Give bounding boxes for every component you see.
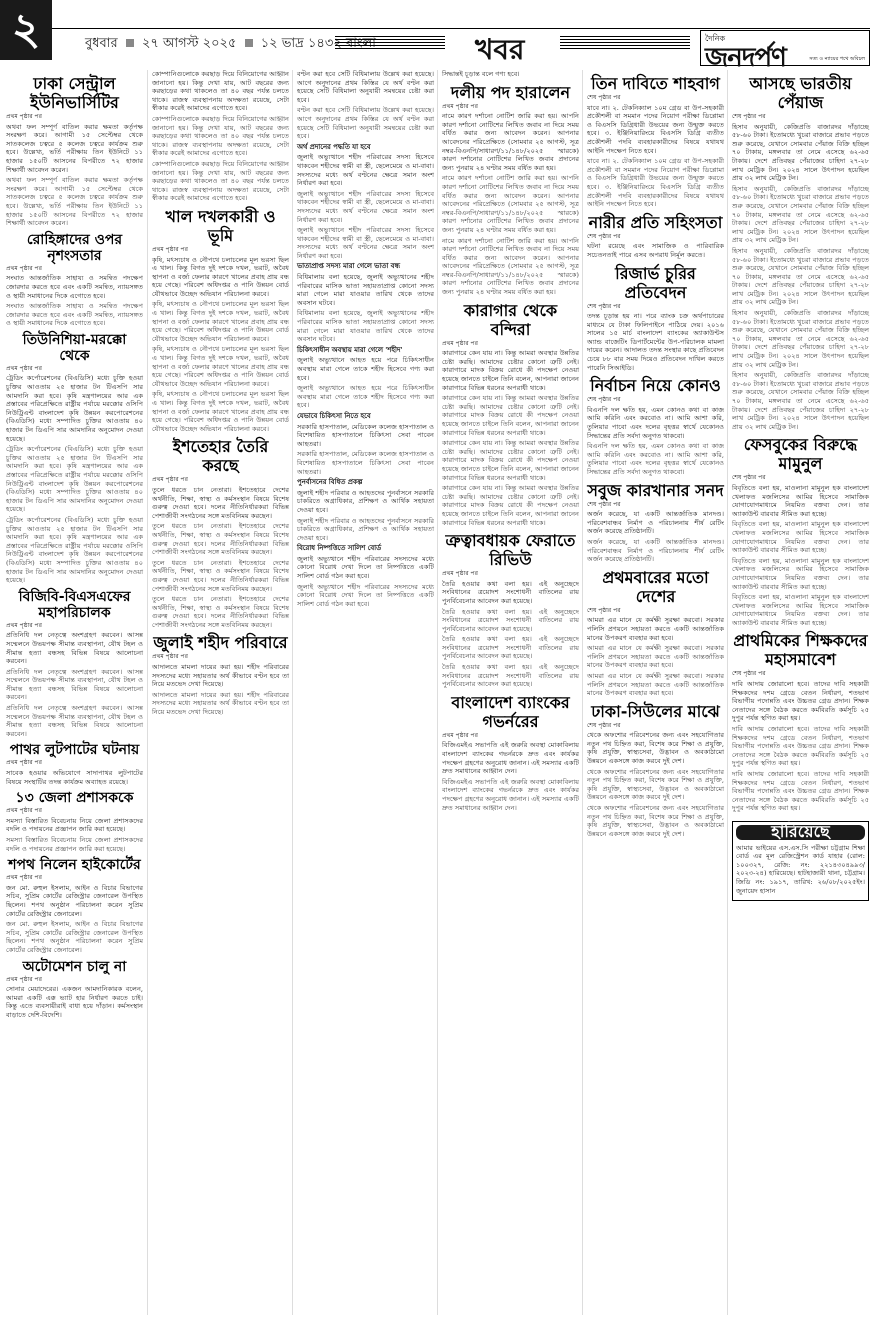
article[interactable]: রিজার্ভ চুরির প্রতিবেদন শেষ পৃষ্ঠার পর ত… bbox=[587, 264, 724, 373]
headline[interactable]: কারাগার থেকে বন্দিরা bbox=[442, 301, 579, 339]
article-body: জুলাই শহীদ পরিবার ও আহতদের পুনর্বাসনে সর… bbox=[297, 489, 434, 515]
headline[interactable]: অটোমেশন চালু না bbox=[6, 959, 143, 975]
article-body: কৃষি, মৎস্যচাষ ও নৌপথে চলাচলের মূল ভরসা … bbox=[152, 256, 289, 299]
article-body: অর্জন করেছে, যা একটি আন্তর্জাতিক মানদণ্ড… bbox=[587, 510, 724, 536]
article-body-continued: প্রতিনিধি দল নেতৃত্বে অংশগ্রহণ করবেন। আস… bbox=[6, 704, 143, 738]
jump-line: শেষ পৃষ্ঠার পর bbox=[587, 233, 724, 242]
article-body: জুলাই অভ্যুত্থানে শহীদ পরিবারের সদস্যদের… bbox=[297, 555, 434, 581]
article[interactable]: নির্বাচন নিয়ে কোনও শেষ পৃষ্ঠার পর বিএনপ… bbox=[587, 376, 724, 476]
article-body-continued: অর্জন করেছে, যা একটি আন্তর্জাতিক মানদণ্ড… bbox=[587, 538, 724, 564]
article[interactable]: জুলাই শহীদ পরিবারে প্রথম পৃষ্ঠার পর আদাল… bbox=[152, 633, 289, 716]
article[interactable]: তিন দাবিতে শাহবাগ শেষ পৃষ্ঠার পর যাবে না… bbox=[587, 74, 724, 209]
jump-line: শেষ পৃষ্ঠার পর bbox=[732, 113, 869, 122]
column-1: ঢাকা সেন্ট্রাল ইউনিভার্সিটির প্রথম পৃষ্ঠ… bbox=[6, 70, 143, 1022]
headline[interactable]: নারীর প্রতি সহিংসতা bbox=[587, 213, 724, 232]
article-body-continued: তৈরি হওয়ার কথা বলা হয়। এই অনুচ্ছেদে সং… bbox=[442, 608, 579, 634]
column-3: বণ্টন করা হবে সেটি বিধিমালায় উল্লেখ করা… bbox=[297, 70, 434, 610]
article-body-continued: তুলে ধরতে চান নেতারা। ইশতেহারে দেশের অর্… bbox=[152, 559, 289, 593]
article-body: বিধিমালায় বলা হয়েছে, জুলাই অভ্যুত্থানে… bbox=[297, 273, 434, 307]
article-body-continued: নামে কারণ দর্শানো নোটিশ জারি করা হয়। আপ… bbox=[442, 237, 579, 297]
headline[interactable]: ১৩ জেলা প্রশাসককে bbox=[6, 790, 143, 806]
article-body-continued: জুলাই অভ্যুত্থানে শহীদ পরিবারের সদস্য হি… bbox=[297, 226, 434, 260]
article-body-continued: নামে কারণ দর্শানো নোটিশ জারি করা হয়। আপ… bbox=[442, 174, 579, 234]
jump-line: প্রথম পৃষ্ঠার পর bbox=[6, 622, 143, 631]
article[interactable]: ইশতেহার তৈরি করছে প্রথম পৃষ্ঠার পর তুলে … bbox=[152, 437, 289, 629]
headline[interactable]: ত্রুত্বাবধায়ক ফেরাতে রিভিউ bbox=[442, 531, 579, 569]
jump-line: শেষ পৃষ্ঠার পর bbox=[587, 722, 724, 731]
article-body-continued: অথবা ফল সম্পূর্ণ বাতিল করার ক্ষমতা কর্তৃ… bbox=[6, 176, 143, 228]
article-body: তুলে ধরতে চান নেতারা। ইশতেহারে দেশের অর্… bbox=[152, 486, 289, 520]
headline[interactable]: পাথর লুটপাটের ঘটনায় bbox=[6, 742, 143, 758]
article-body-continued: দাবি আদায় জোরালো হবে। তাদের দাবি সহকারী… bbox=[732, 725, 869, 768]
article-body-continued: জুলাই অভ্যুত্থানে শহীদ পরিবারের সদস্যদের… bbox=[297, 583, 434, 609]
article-body-continued: আমরা এর মানে যে কর্মক্ষী সুরক্ষা করবো। স… bbox=[587, 644, 724, 670]
article-body: বিজিএমইএ সভাপতি এই জরুরি অবস্থা মোকাবিলা… bbox=[442, 741, 579, 775]
article-body: তদন্ত চূড়ান্ত হয় না। পরে ব্যাংক চক্র অ… bbox=[587, 312, 724, 372]
article-body: কোম্পানিগুলোকে করছাড় দিয়ে বিনিয়োগের আ… bbox=[152, 70, 289, 113]
jump-line: প্রথম পৃষ্ঠার পর bbox=[6, 365, 143, 374]
article-body-continued: বিবৃতিতে বলা হয়, মাওলানা মামুনুল হক বাং… bbox=[732, 593, 869, 627]
article-body: বণ্টন করা হবে সেটি বিধিমালায় উল্লেখ করা… bbox=[297, 70, 434, 104]
article-body-continued: কোম্পানিগুলোকে করছাড় দিয়ে বিনিয়োগের আ… bbox=[152, 160, 289, 203]
headline[interactable]: সবুজ কারখানার সনদ bbox=[587, 481, 724, 500]
article-body: আদালতে মামলা দায়ের করা হয়। শহীদ পরিবার… bbox=[152, 663, 289, 689]
article-body: নামে কারণ দর্শানো নোটিশ জারি করা হয়। আপ… bbox=[442, 112, 579, 172]
article-body: সংঘাত আন্তর্জাতিক সাহায্য ও সমন্বিত পদক্… bbox=[6, 274, 143, 300]
article-body-continued: ট্রেডিং কর্পোরেশনের (বিএডিসি) মধ্যে চুক্… bbox=[6, 445, 143, 514]
article-body-continued: থেকে অফশোর পরিবেশনের জন্য এবং সহযোগিতার … bbox=[587, 768, 724, 802]
classified-text: আমার ভাইয়ের এস.এস.সি পরীক্ষা চট্টগ্রাম … bbox=[736, 844, 865, 896]
article-body: হিসাব অনুযায়ী, কেজিপ্রতি বাজারদর দাঁড়া… bbox=[732, 123, 869, 183]
headline[interactable]: তিউনিশিয়া-মরক্কো থেকে bbox=[6, 332, 143, 364]
jump-line: প্রথম পৃষ্ঠার পর bbox=[6, 265, 143, 274]
headline[interactable]: ঢাকা সেন্ট্রাল ইউনিভার্সিটির bbox=[6, 74, 143, 112]
weekday: বুধবার bbox=[85, 36, 118, 51]
newspaper-logo[interactable]: দৈনিক জনদর্পণ সত্য ও ন্যায়ের পথে অবিচল bbox=[700, 30, 870, 66]
headline[interactable]: রিজার্ভ চুরির প্রতিবেদন bbox=[587, 264, 724, 302]
separator-square-icon bbox=[245, 39, 253, 47]
article-body: ঘটনা রয়েছে এবং সামাজিক ও পারিবারিক সচেত… bbox=[587, 242, 724, 259]
jump-line: প্রথম পৃষ্ঠার পর bbox=[442, 732, 579, 741]
column-5: তিন দাবিতে শাহবাগ শেষ পৃষ্ঠার পর যাবে না… bbox=[587, 70, 724, 840]
article-body: তৈরি হওয়ার কথা বলা হয়। এই অনুচ্ছেদে সং… bbox=[442, 580, 579, 606]
article-body-continued: জুলাই অভ্যুত্থানে আহত হয়ে পরে চিকিৎসাধী… bbox=[297, 384, 434, 410]
jump-line: প্রথম পৃষ্ঠার পর bbox=[6, 874, 143, 883]
article-body-continued: প্রতিনিধি দল নেতৃত্বে অংশগ্রহণ করবেন। আস… bbox=[6, 668, 143, 702]
article[interactable]: ১৩ জেলা প্রশাসককে প্রথম পৃষ্ঠার পর সমস্য… bbox=[6, 790, 143, 853]
jump-line: প্রথম পৃষ্ঠার পর bbox=[6, 807, 143, 816]
article[interactable]: দলীয় পদ হারালেন প্রথম পৃষ্ঠার পর নামে ক… bbox=[442, 83, 579, 297]
article[interactable]: অটোমেশন চালু না প্রথম পৃষ্ঠার পর সোনার ম… bbox=[6, 959, 143, 1020]
article-body: সোনার মেয়াদেরের। একজন আমদানিকারক বলেন, … bbox=[6, 985, 143, 1019]
page-number: ২ bbox=[0, 0, 52, 60]
column-divider bbox=[292, 70, 293, 1315]
article-body: অথবা ফল সম্পূর্ণ বাতিল করার ক্ষমতা কর্তৃ… bbox=[6, 123, 143, 175]
headline[interactable]: শপথ নিলেন হাইকোর্টের bbox=[6, 857, 143, 873]
article-body-continued: বিএনপি দল ক্ষতি হয়, এমন কোনও কথা বা কাজ… bbox=[587, 442, 724, 476]
article[interactable]: প্রথমবারের মতো দেশের শেষ পৃষ্ঠার পর আমরা… bbox=[587, 568, 724, 698]
article-body-continued: কারাগারে কেন যায় না। কিন্তু আমরা অবস্থা… bbox=[442, 394, 579, 437]
article-body: দাবি আদায় জোরালো হবে। তাদের দাবি সহকারী… bbox=[732, 680, 869, 723]
headline[interactable]: ঢাকা-সিউলের মাঝে bbox=[587, 702, 724, 721]
article-body-continued: বিজিএমইএ সভাপতি এই জরুরি অবস্থা মোকাবিলা… bbox=[442, 778, 579, 812]
article[interactable]: প্রাথমিকের শিক্ষকদের মহাসমাবেশ শেষ পৃষ্ঠ… bbox=[732, 631, 869, 813]
article-body: সরকারি হাসপাতাল, মেডিকেল কলেজ হাসপাতাল ও… bbox=[297, 423, 434, 449]
article[interactable]: আসছে ভারতীয় পেঁয়াজ শেষ পৃষ্ঠার পর হিসা… bbox=[732, 74, 869, 431]
article-body: বিএনপি দল ক্ষতি হয়, এমন কোনও কথা বা কাজ… bbox=[587, 406, 724, 440]
subheading: চিকিৎসাধীন অবস্থায় মারা গেলে 'শহীদ' bbox=[297, 346, 434, 355]
article[interactable]: তিউনিশিয়া-মরক্কো থেকে প্রথম পৃষ্ঠার পর … bbox=[6, 332, 143, 585]
article-body: থেকে অফশোর পরিবেশনের জন্য এবং সহযোগিতার … bbox=[587, 731, 724, 765]
article-body-continued: আদালতে মামলা দায়ের করা হয়। শহীদ পরিবার… bbox=[152, 691, 289, 717]
article-body-continued: কারাগারে কেন যায় না। কিন্তু আমরা অবস্থা… bbox=[442, 484, 579, 527]
headline[interactable]: প্রথমবারের মতো দেশের bbox=[587, 568, 724, 606]
article[interactable]: ঢাকা-সিউলের মাঝে শেষ পৃষ্ঠার পর থেকে অফশ… bbox=[587, 702, 724, 839]
jump-line: শেষ পৃষ্ঠার পর bbox=[587, 501, 724, 510]
article-body-continued: বিধিমালায় বলা হয়েছে, জুলাই অভ্যুত্থানে… bbox=[297, 309, 434, 343]
subheading: যেভাবে চিকিৎসা নিতে হবে bbox=[297, 412, 434, 421]
classified-title: হারিয়েছে bbox=[736, 825, 865, 840]
subheading: অর্থ প্রদানের পদ্ধতি যা হবে bbox=[297, 143, 434, 152]
column-4: সিদ্ধান্তই চূড়ান্ত বলে গণ্য হবে। দলীয় … bbox=[442, 70, 579, 814]
article-body-continued: সংঘাত আন্তর্জাতিক সাহায্য ও সমন্বিত পদক্… bbox=[6, 302, 143, 328]
article-body-continued: হিসাব অনুযায়ী, কেজিপ্রতি বাজারদর দাঁড়া… bbox=[732, 309, 869, 369]
article-body: সিদ্ধান্তই চূড়ান্ত বলে গণ্য হবে। bbox=[442, 70, 579, 79]
subheading: বিরোধ নিষ্পত্তিতে সালিশ বোর্ড bbox=[297, 544, 434, 553]
article-body-continued: থেকে অফশোর পরিবেশনের জন্য এবং সহযোগিতার … bbox=[587, 804, 724, 838]
article-body-continued: তুলে ধরতে চান নেতারা। ইশতেহারে দেশের অর্… bbox=[152, 595, 289, 629]
article-body-continued: তৈরি হওয়ার কথা বলা হয়। এই অনুচ্ছেদে সং… bbox=[442, 663, 579, 689]
article-body-continued: দাবি আদায় জোরালো হবে। তাদের দাবি সহকারী… bbox=[732, 770, 869, 813]
article-body-continued: বণ্টন করা হবে সেটি বিধিমালায় উল্লেখ করা… bbox=[297, 106, 434, 140]
headline[interactable]: প্রাথমিকের শিক্ষকদের মহাসমাবেশ bbox=[732, 631, 869, 669]
article-body-continued: জন মো. রুহুল ইসলাম, আইন ও বিচার বিভাগের … bbox=[6, 920, 143, 954]
article-body: ট্রেডিং কর্পোরেশনের (বিএডিসি) মধ্যে চুক্… bbox=[6, 374, 143, 443]
article[interactable]: কোম্পানিগুলোকে করছাড় দিয়ে বিনিয়োগের আ… bbox=[152, 70, 289, 203]
jump-line: শেষ পৃষ্ঠার পর bbox=[587, 396, 724, 405]
article-body-continued: কোম্পানিগুলোকে করছাড় দিয়ে বিনিয়োগের আ… bbox=[152, 115, 289, 158]
column-6: আসছে ভারতীয় পেঁয়াজ শেষ পৃষ্ঠার পর হিসা… bbox=[732, 70, 869, 901]
column-divider bbox=[147, 70, 148, 1315]
article-body-continued: বিবৃতিতে বলা হয়, মাওলানা মামুনুল হক বাং… bbox=[732, 520, 869, 554]
article-body: প্রতিনিধি দল নেতৃত্বে অংশগ্রহণ করবেন। আস… bbox=[6, 631, 143, 665]
subheading: ভাতাপ্রাপ্ত সদস্য মারা গেলে ভাতা বন্ধ bbox=[297, 262, 434, 271]
headline[interactable]: আসছে ভারতীয় পেঁয়াজ bbox=[732, 74, 869, 112]
article[interactable]: ঢাকা সেন্ট্রাল ইউনিভার্সিটির প্রথম পৃষ্ঠ… bbox=[6, 74, 143, 228]
headline[interactable]: বিজিবি-বিএসএফের মহাপরিচালক bbox=[6, 589, 143, 621]
article[interactable]: কারাগার থেকে বন্দিরা প্রথম পৃষ্ঠার পর কা… bbox=[442, 301, 579, 527]
section-title: খবর bbox=[475, 28, 524, 75]
jump-line: প্রথম পৃষ্ঠার পর bbox=[442, 340, 579, 349]
headline[interactable]: রোহিঙ্গাদের ওপর নৃশংসতার bbox=[6, 232, 143, 264]
article-body-continued: বিবৃতিতে বলা হয়, মাওলানা মামুনুল হক বাং… bbox=[732, 557, 869, 591]
article-body-continued: আমরা এর মানে যে কর্মক্ষী সুরক্ষা করবো। স… bbox=[587, 672, 724, 698]
article[interactable]: শপথ নিলেন হাইকোর্টের প্রথম পৃষ্ঠার পর জন… bbox=[6, 857, 143, 954]
article[interactable]: বাংলাদেশ ব্যাংকের গভর্নরের প্রথম পৃষ্ঠার… bbox=[442, 693, 579, 812]
article[interactable]: রোহিঙ্গাদের ওপর নৃশংসতার প্রথম পৃষ্ঠার প… bbox=[6, 232, 143, 328]
subheading: পুনর্বাসনের বিধিত প্রকল্প bbox=[297, 478, 434, 487]
article-body-continued: সরকারি হাসপাতাল, মেডিকেল কলেজ হাসপাতাল ও… bbox=[297, 450, 434, 476]
article-body-continued: যাবে না। ২. টেকনিক্যাল ১০ম গ্রেড বা উপ-স… bbox=[587, 157, 724, 209]
article-body-continued: হিসাব অনুযায়ী, কেজিপ্রতি বাজারদর দাঁড়া… bbox=[732, 371, 869, 431]
article-body-continued: তৈরি হওয়ার কথা বলা হয়। এই অনুচ্ছেদে সং… bbox=[442, 635, 579, 661]
jump-line: প্রথম পৃষ্ঠার পর bbox=[442, 570, 579, 579]
jump-line: শেষ পৃষ্ঠার পর bbox=[732, 670, 869, 679]
jump-line: শেষ পৃষ্ঠার পর bbox=[587, 94, 724, 103]
article[interactable]: ত্রুত্বাবধায়ক ফেরাতে রিভিউ প্রথম পৃষ্ঠা… bbox=[442, 531, 579, 689]
article-body-continued: হিসাব অনুযায়ী, কেজিপ্রতি বাজারদর দাঁড়া… bbox=[732, 247, 869, 307]
dateline: বুধবার ২৭ আগস্ট ২০২৫ ১২ ভাদ্র ১৪৩২ বাংলা bbox=[85, 34, 376, 55]
article-body: যাবে না। ২. টেকনিক্যাল ১০ম গ্রেড বা উপ-স… bbox=[587, 104, 724, 156]
article-body-continued: কৃষি, মৎস্যচাষ ও নৌপথে চলাচলের মূল ভরসা … bbox=[152, 345, 289, 388]
article-body-continued: ট্রেডিং কর্পোরেশনের (বিএডিসি) মধ্যে চুক্… bbox=[6, 516, 143, 585]
column-divider bbox=[727, 70, 728, 1315]
article-body-continued: কারাগারে কেন যায় না। কিন্তু আমরা অবস্থা… bbox=[442, 439, 579, 482]
article-body: সমস্যা বিস্তারিত বিবেচনায় নিয়ে জেলা প্… bbox=[6, 817, 143, 834]
article-body: আমরা এর মানে যে কর্মক্ষী সুরক্ষা করবো। স… bbox=[587, 616, 724, 642]
decorative-rules bbox=[335, 36, 445, 50]
article-body: বিবৃতিতে বলা হয়, মাওলানা মামুনুল হক বাং… bbox=[732, 484, 869, 518]
headline[interactable]: খাল দখলকারী ও ভূমি bbox=[152, 207, 289, 245]
article-body-continued: কৃষি, মৎস্যচাষ ও নৌপথে চলাচলের মূল ভরসা … bbox=[152, 300, 289, 343]
article-body-continued: জুলাই শহীদ পরিবার ও আহতদের পুনর্বাসনে সর… bbox=[297, 517, 434, 543]
headline[interactable]: নির্বাচন নিয়ে কোনও bbox=[587, 376, 724, 395]
jump-line: প্রথম পৃষ্ঠার পর bbox=[6, 113, 143, 122]
jump-line: প্রথম পৃষ্ঠার পর bbox=[6, 759, 143, 768]
column-divider bbox=[582, 70, 583, 1315]
article-body: জুলাই অভ্যুত্থানে আহত হয়ে পরে চিকিৎসাধী… bbox=[297, 356, 434, 382]
article-body-continued: হিসাব অনুযায়ী, কেজিপ্রতি বাজারদর দাঁড়া… bbox=[732, 185, 869, 245]
jump-line: প্রথম পৃষ্ঠার পর bbox=[6, 976, 143, 985]
jump-line: শেষ পৃষ্ঠার পর bbox=[587, 607, 724, 616]
column-divider bbox=[437, 70, 438, 1315]
article[interactable]: পাথর লুটপাটের ঘটনায় প্রথম পৃষ্ঠার পর সা… bbox=[6, 742, 143, 786]
jump-line: শেষ পৃষ্ঠার পর bbox=[587, 303, 724, 312]
classified-ad-lost[interactable]: হারিয়েছে আমার ভাইয়ের এস.এস.সি পরীক্ষা … bbox=[732, 821, 869, 901]
jump-line: প্রথম পৃষ্ঠার পর bbox=[442, 103, 579, 112]
separator-square-icon bbox=[126, 39, 134, 47]
article[interactable]: খাল দখলকারী ও ভূমি প্রথম পৃষ্ঠার পর কৃষি… bbox=[152, 207, 289, 433]
article-body-continued: কৃষি, মৎস্যচাষ ও নৌপথে চলাচলের মূল ভরসা … bbox=[152, 390, 289, 433]
headline[interactable]: তিন দাবিতে শাহবাগ bbox=[587, 74, 724, 93]
article-body-continued: তুলে ধরতে চান নেতারা। ইশতেহারে দেশের অর্… bbox=[152, 522, 289, 556]
article[interactable]: ফেসবুকের বিরুদ্ধে মামুনুল শেষ পৃষ্ঠার পর… bbox=[732, 435, 869, 627]
article[interactable]: সবুজ কারখানার সনদ শেষ পৃষ্ঠার পর অর্জন ক… bbox=[587, 481, 724, 564]
jump-line: প্রথম পৃষ্ঠার পর bbox=[152, 653, 289, 662]
article[interactable]: নারীর প্রতি সহিংসতা শেষ পৃষ্ঠার পর ঘটনা … bbox=[587, 213, 724, 260]
headline[interactable]: দলীয় পদ হারালেন bbox=[442, 83, 579, 102]
article-body: সাবেক হওয়ার অভিযোগে সাদাপাথর লুটপাটের ব… bbox=[6, 769, 143, 786]
headline[interactable]: ফেসবুকের বিরুদ্ধে মামুনুল bbox=[732, 435, 869, 473]
jump-line: প্রথম পৃষ্ঠার পর bbox=[152, 246, 289, 255]
date-gregorian: ২৭ আগস্ট ২০২৫ bbox=[142, 36, 236, 51]
jump-line: প্রথম পৃষ্ঠার পর bbox=[152, 476, 289, 485]
column-2: কোম্পানিগুলোকে করছাড় দিয়ে বিনিয়োগের আ… bbox=[152, 70, 289, 719]
article-body-continued: সমস্যা বিস্তারিত বিবেচনায় নিয়ে জেলা প্… bbox=[6, 836, 143, 853]
decorative-rules bbox=[560, 36, 690, 50]
logo-tagline: সত্য ও ন্যায়ের পথে অবিচল bbox=[809, 56, 865, 64]
article[interactable]: বিজিবি-বিএসএফের মহাপরিচালক প্রথম পৃষ্ঠার… bbox=[6, 589, 143, 739]
headline[interactable]: জুলাই শহীদ পরিবারে bbox=[152, 633, 289, 652]
article-body-continued: জুলাই অভ্যুত্থানে শহীদ পরিবারের সদস্য হি… bbox=[297, 190, 434, 224]
headline[interactable]: বাংলাদেশ ব্যাংকের গভর্নরের bbox=[442, 693, 579, 731]
article-body: কারাগারে কেন যায় না। কিন্তু আমরা অবস্থা… bbox=[442, 349, 579, 392]
jump-line: শেষ পৃষ্ঠার পর bbox=[732, 474, 869, 483]
article-body: জন মো. রুহুল ইসলাম, আইন ও বিচার বিভাগের … bbox=[6, 884, 143, 918]
headline[interactable]: ইশতেহার তৈরি করছে bbox=[152, 437, 289, 475]
article-body: জুলাই অভ্যুত্থানে শহীদ পরিবারের সদস্য হি… bbox=[297, 153, 434, 187]
